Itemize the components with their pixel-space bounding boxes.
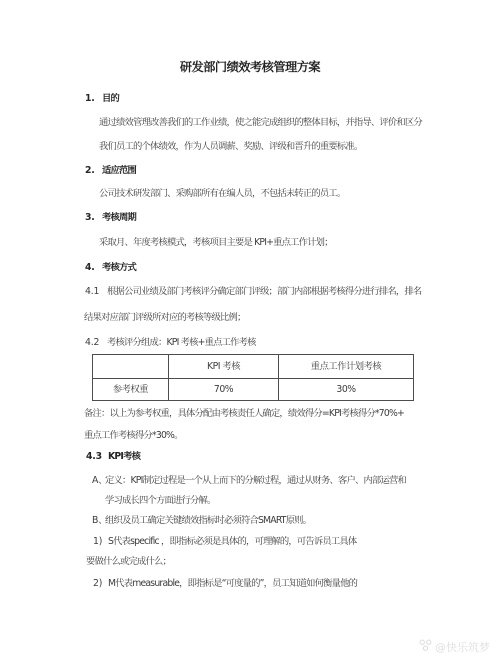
list-item-text: M代表measurable，即指标是“可度量的”，员工知道如何衡量他的 <box>108 578 357 589</box>
section-number: 1. <box>85 93 102 105</box>
section-1-heading: 1.目的 <box>85 93 119 105</box>
item-4-2-line: 4.2考核评分组成：KPI 考核+重点工作考核 <box>85 337 256 349</box>
list-item-label: 1) <box>93 536 108 548</box>
paragraph-line: 公司技术研发部门、采购部所有在编人员，不包括未转正的员工。 <box>99 188 345 200</box>
item-4-1-line-2: 结果对应部门评级所对应的考核等级比例； <box>84 312 245 324</box>
document-page: 研发部门绩效考核管理方案 1.目的 通过绩效管理改善我们的工作业绩，使之能完成组… <box>0 0 500 666</box>
list-item-a-line-2: 学习成长四个方面进行分解。 <box>105 495 215 507</box>
section-title: KPI考核 <box>108 451 140 462</box>
list-item-label: B、 <box>92 515 105 527</box>
table-header-row: KPI 考核 重点工作计划考核 <box>93 355 414 379</box>
list-item-2-line: 2)M代表measurable，即指标是“可度量的”，员工知道如何衡量他的 <box>93 578 357 590</box>
table-data-row: 参考权重 70% 30% <box>93 379 414 401</box>
table-corner-cell <box>93 355 169 379</box>
list-item-label: A、 <box>92 475 105 487</box>
list-item-b-line: B、组织及员工确定关键绩效指标时必须符合SMART原则。 <box>92 515 311 527</box>
list-item-label: 2) <box>93 578 108 590</box>
table-cell: 70% <box>169 379 279 401</box>
item-number: 4.3 <box>86 451 108 463</box>
table-cell: 30% <box>279 379 414 401</box>
share-icon <box>419 639 432 655</box>
section-number: 3. <box>85 212 102 224</box>
note-line-1: 备注：以上为参考权重，具体分配由考核责任人确定，绩效得分=KPI考核得分*70%… <box>84 408 404 420</box>
watermark: @快乐筑梦 <box>419 639 490 655</box>
section-3-heading: 3.考核周期 <box>85 212 136 224</box>
weight-table: KPI 考核 重点工作计划考核 参考权重 70% 30% <box>92 354 414 401</box>
list-item-a-line-1: A、定义：KPI制定过程是一个从上而下的分解过程，通过从财务、客户、内部运营和 <box>92 475 406 487</box>
table-header-cell: 重点工作计划考核 <box>279 355 414 379</box>
item-number: 4.1 <box>85 286 107 298</box>
table-row-label: 参考权重 <box>93 379 169 401</box>
item-number: 4.2 <box>85 337 107 349</box>
section-4-heading: 4.考核方式 <box>85 262 136 274</box>
section-title: 目的 <box>102 93 119 104</box>
list-item-1-line-2: 要做什么或完成什么； <box>86 556 171 568</box>
section-number: 2. <box>85 165 102 177</box>
list-item-text: S代表specific ，即指标必须是具体的，可理解的，可告诉员工具体 <box>108 536 356 547</box>
item-4-1-line-1: 4.1根据公司业绩及部门考核评分确定部门评级；部门内部根据考核得分进行排名，排名 <box>85 286 421 298</box>
section-title: 适应范围 <box>102 165 136 176</box>
watermark-text: @快乐筑梦 <box>435 639 490 655</box>
paragraph-line: 采取月、年度考核模式，考核项目主要是 KPI+重点工作计划； <box>99 237 333 249</box>
note-line-2: 重点工作考核得分*30%。 <box>84 430 183 442</box>
document-title: 研发部门绩效考核管理方案 <box>0 61 500 73</box>
section-2-heading: 2.适应范围 <box>85 165 136 177</box>
weight-table-wrapper: KPI 考核 重点工作计划考核 参考权重 70% 30% <box>92 354 414 401</box>
table-header-cell: KPI 考核 <box>169 355 279 379</box>
item-text: 考核评分组成：KPI 考核+重点工作考核 <box>107 337 256 348</box>
paragraph-line: 通过绩效管理改善我们的工作业绩，使之能完成组织的整体目标，并指导、评价和区分 <box>99 117 422 129</box>
section-number: 4. <box>85 262 102 274</box>
section-title: 考核方式 <box>102 262 136 273</box>
paragraph-line: 我们员工的个体绩效，作为人员调薪、奖励、评级和晋升的重要标准。 <box>99 141 362 153</box>
list-item-text: 组织及员工确定关键绩效指标时必须符合SMART原则。 <box>105 515 311 526</box>
item-text: 根据公司业绩及部门考核评分确定部门评级；部门内部根据考核得分进行排名，排名 <box>107 286 421 297</box>
list-item-text: 定义：KPI制定过程是一个从上而下的分解过程，通过从财务、客户、内部运营和 <box>105 475 406 486</box>
list-item-1-line-1: 1)S代表specific ，即指标必须是具体的，可理解的，可告诉员工具体 <box>93 536 356 548</box>
section-4-3-heading: 4.3KPI考核 <box>86 451 140 463</box>
section-title: 考核周期 <box>102 212 136 223</box>
